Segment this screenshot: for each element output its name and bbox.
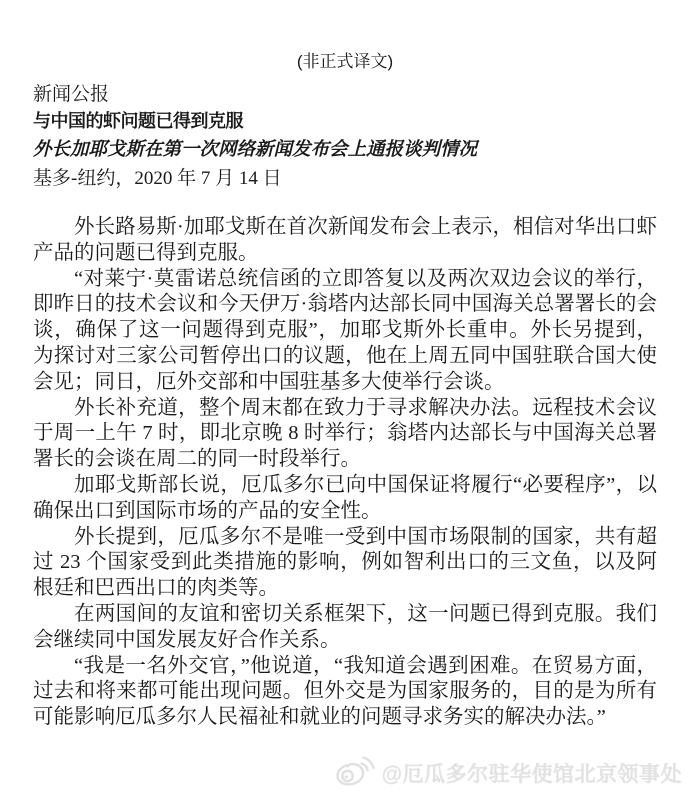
paragraph-1: 外长路易斯·加耶戈斯在首次新闻发布会上表示，相信对华出口虾产品的问题已得到克服。 [33, 215, 657, 267]
headline: 与中国的虾问题已得到克服 [33, 109, 657, 134]
document-body: 外长路易斯·加耶戈斯在首次新闻发布会上表示，相信对华出口虾产品的问题已得到克服。… [33, 215, 657, 731]
weibo-icon [335, 754, 375, 791]
paragraph-4: 加耶戈斯部长说，厄瓜多尔已向中国保证将履行“必要程序”，以确保出口到国际市场的产… [33, 473, 657, 525]
document-page: { "page": { "background": "#ffffff", "te… [0, 0, 690, 795]
paragraph-7: “我是一名外交官，”他说道，“我知道会遇到困难。在贸易方面，过去和将来都可能出现… [33, 654, 657, 731]
document-content: (非正式译文) 新闻公报 与中国的虾问题已得到克服 外长加耶戈斯在第一次网络新闻… [33, 0, 657, 731]
paragraph-6: 在两国间的友谊和密切关系框架下，这一问题已得到克服。我们会继续同中国发展友好合作… [33, 602, 657, 654]
subtitle: 外长加耶戈斯在第一次网络新闻发布会上通报谈判情况 [33, 137, 657, 163]
weibo-watermark: @厄瓜多尔驻华使馆北京领事处 [335, 754, 682, 791]
watermark-handle: @厄瓜多尔驻华使馆北京领事处 [382, 758, 682, 788]
paragraph-3: 外长补充道，整个周末都在致力于寻求解决办法。远程技术会议于周一上午 7 时，即北… [33, 396, 657, 473]
dateline: 基多-纽约，2020 年 7 月 14 日 [33, 166, 657, 192]
translation-note: (非正式译文) [33, 50, 657, 74]
doc-type-label: 新闻公报 [33, 83, 657, 107]
paragraph-5: 外长提到，厄瓜多尔不是唯一受到中国市场限制的国家，共有超过 23 个国家受到此类… [33, 525, 657, 602]
paragraph-2: “对莱宁·莫雷诺总统信函的立即答复以及两次双边会议的举行，即昨日的技术会议和今天… [33, 267, 657, 396]
